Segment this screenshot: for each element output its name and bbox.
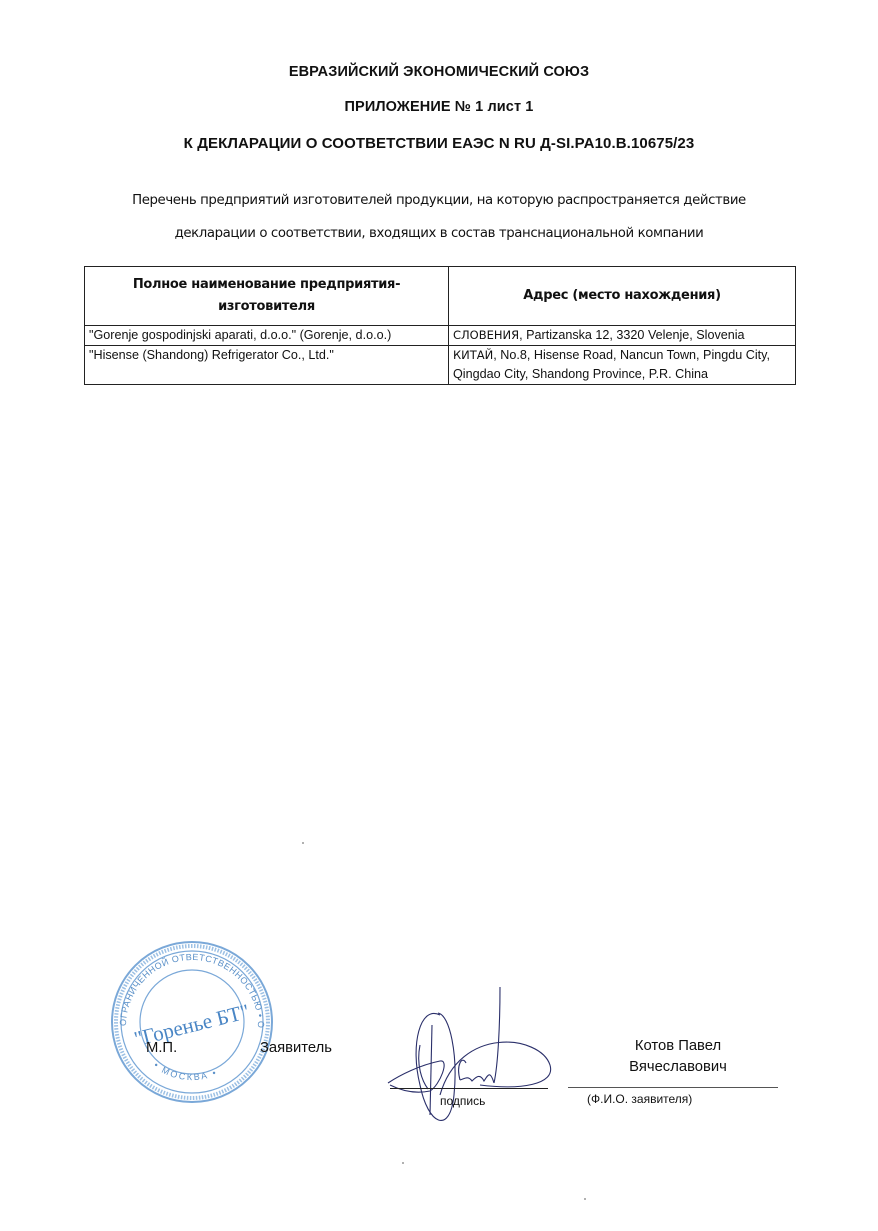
signature-icon — [380, 985, 560, 1135]
address-cell: СЛОВЕНИЯ, Partizanska 12, 3320 Velenje, … — [449, 326, 796, 346]
svg-text:• МОСКВА •: • МОСКВА • — [152, 1060, 219, 1082]
signature-caption: подпись — [440, 1094, 485, 1108]
table-row: "Hisense (Shandong) Refrigerator Co., Lt… — [85, 346, 796, 385]
appendix-title: ПРИЛОЖЕНИЕ № 1 лист 1 — [0, 99, 878, 115]
applicant-name-line1: Котов Павел — [598, 1036, 758, 1057]
name-caption: (Ф.И.О. заявителя) — [587, 1092, 692, 1106]
union-title: ЕВРАЗИЙСКИЙ ЭКОНОМИЧЕСКИЙ СОЮЗ — [0, 64, 878, 80]
signature-line — [390, 1088, 548, 1089]
address-text: , No.8, Hisense Road, Nancun Town, Pingd… — [493, 348, 770, 362]
table-header-row: Полное наименование предприятия- изготов… — [85, 267, 796, 326]
name-line — [568, 1087, 778, 1088]
company-name-cell: "Hisense (Shandong) Refrigerator Co., Lt… — [85, 346, 449, 385]
company-name-cell: "Gorenje gospodinjski aparati, d.o.o." (… — [85, 326, 449, 346]
intro-line-1: Перечень предприятий изготовителей проду… — [0, 193, 878, 208]
applicant-name: Котов Павел Вячеславович — [598, 1036, 758, 1078]
declaration-title: К ДЕКЛАРАЦИИ О СООТВЕТСТВИИ ЕАЭС N RU Д-… — [0, 135, 878, 152]
header-address: Адрес (место нахождения) — [449, 267, 796, 326]
applicant-label: Заявитель — [260, 1040, 332, 1056]
intro-line-2: декларации о соответствии, входящих в со… — [0, 226, 878, 241]
address-text-line2: Qingdao City, Shandong Province, P.R. Ch… — [453, 367, 708, 381]
company-seal-icon: ОГРАНИЧЕННОЙ ОТВЕТСТВЕННОСТЬЮ • ОГРН 104… — [108, 940, 276, 1104]
manufacturers-table: Полное наименование предприятия- изготов… — [84, 266, 796, 385]
header-company-name: Полное наименование предприятия- изготов… — [85, 267, 449, 326]
table-row: "Gorenje gospodinjski aparati, d.o.o." (… — [85, 326, 796, 346]
country: КИТАЙ — [453, 348, 493, 362]
scan-speck — [402, 1162, 404, 1164]
scan-speck — [302, 842, 304, 844]
applicant-name-line2: Вячеславович — [598, 1057, 758, 1078]
country: СЛОВЕНИЯ — [453, 328, 519, 342]
scan-speck — [584, 1198, 586, 1200]
seal-label: М.П. — [146, 1040, 177, 1056]
address-text: , Partizanska 12, 3320 Velenje, Slovenia — [519, 328, 744, 342]
header-company-name-line1: Полное наименование предприятия- — [133, 277, 400, 292]
document-page: ЕВРАЗИЙСКИЙ ЭКОНОМИЧЕСКИЙ СОЮЗ ПРИЛОЖЕНИ… — [0, 0, 878, 1231]
header-company-name-line2: изготовителя — [218, 299, 315, 314]
address-cell: КИТАЙ, No.8, Hisense Road, Nancun Town, … — [449, 346, 796, 385]
